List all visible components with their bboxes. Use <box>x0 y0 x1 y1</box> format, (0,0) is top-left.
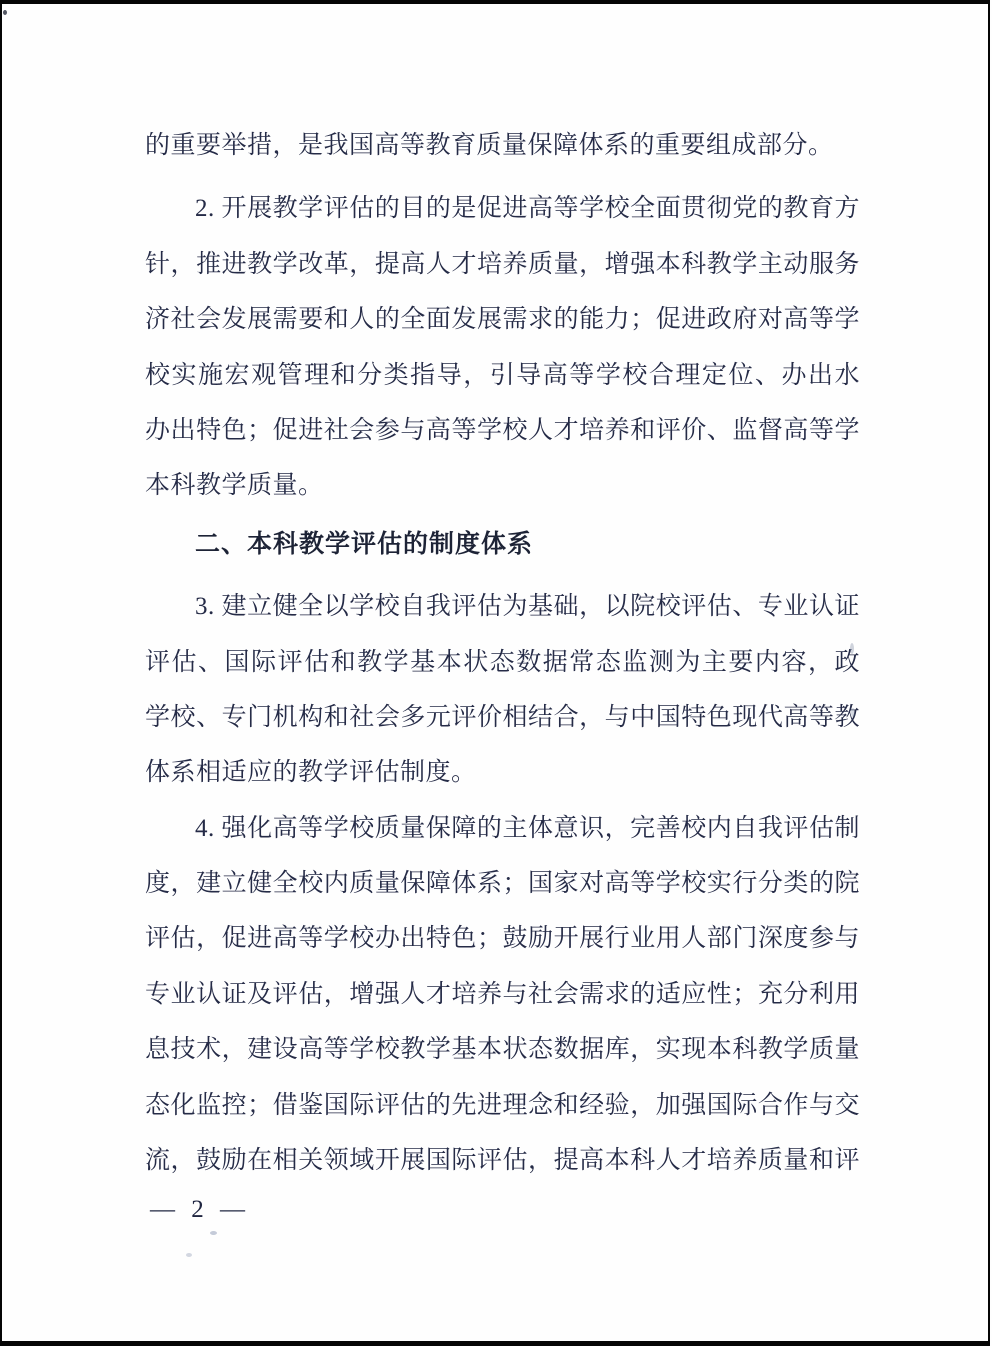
scan-speck <box>186 1253 192 1257</box>
body-line-3: 针，推进教学改革，提高人才培养质量，增强本科教学主动服务经 <box>145 237 860 292</box>
body-line-4: 济社会发展需要和人的全面发展需求的能力；促进政府对高等学 <box>145 292 860 347</box>
body-line-2: 2. 开展教学评估的目的是促进高等学校全面贯彻党的教育方 <box>145 181 860 236</box>
scanned-document-page: 的重要举措，是我国高等教育质量保障体系的重要组成部分。 2. 开展教学评估的目的… <box>0 0 992 1346</box>
body-line-15: 评估，促进高等学校办出特色；鼓励开展行业用人部门深度参与的 <box>145 911 860 966</box>
body-line-11: 学校、专门机构和社会多元评价相结合，与中国特色现代高等教育 <box>145 690 860 745</box>
scan-speck <box>210 1231 217 1235</box>
body-line-14: 度，建立健全校内质量保障体系；国家对高等学校实行分类的院校 <box>145 856 860 911</box>
body-line-9: 3. 建立健全以学校自我评估为基础，以院校评估、专业认证及 <box>145 579 860 634</box>
body-line-10: 评估、国际评估和教学基本状态数据常态监测为主要内容，政府、 <box>145 635 860 690</box>
section-heading: 二、本科教学评估的制度体系 <box>145 517 860 572</box>
body-line-6: 办出特色；促进社会参与高等学校人才培养和评价、监督高等学校 <box>145 403 860 458</box>
body-line-16: 专业认证及评估，增强人才培养与社会需求的适应性；充分利用信 <box>145 967 860 1022</box>
body-line-1: 的重要举措，是我国高等教育质量保障体系的重要组成部分。 <box>145 118 860 173</box>
body-line-13: 4. 强化高等学校质量保障的主体意识，完善校内自我评估制 <box>145 801 860 856</box>
page-number: — 2 — <box>150 1190 250 1230</box>
body-line-5: 校实施宏观管理和分类指导，引导高等学校合理定位、办出水平、 <box>145 348 860 403</box>
document-body: 的重要举措，是我国高等教育质量保障体系的重要组成部分。 2. 开展教学评估的目的… <box>145 118 860 1188</box>
body-line-18: 态化监控；借鉴国际评估的先进理念和经验，加强国际合作与交 <box>145 1078 860 1133</box>
scan-speck <box>3 10 7 15</box>
body-line-17: 息技术，建设高等学校教学基本状态数据库，实现本科教学质量常 <box>145 1022 860 1077</box>
body-line-12: 体系相适应的教学评估制度。 <box>145 745 860 800</box>
body-line-7: 本科教学质量。 <box>145 458 860 513</box>
body-line-19: 流，鼓励在相关领域开展国际评估，提高本科人才培养质量和评估 <box>145 1133 860 1188</box>
